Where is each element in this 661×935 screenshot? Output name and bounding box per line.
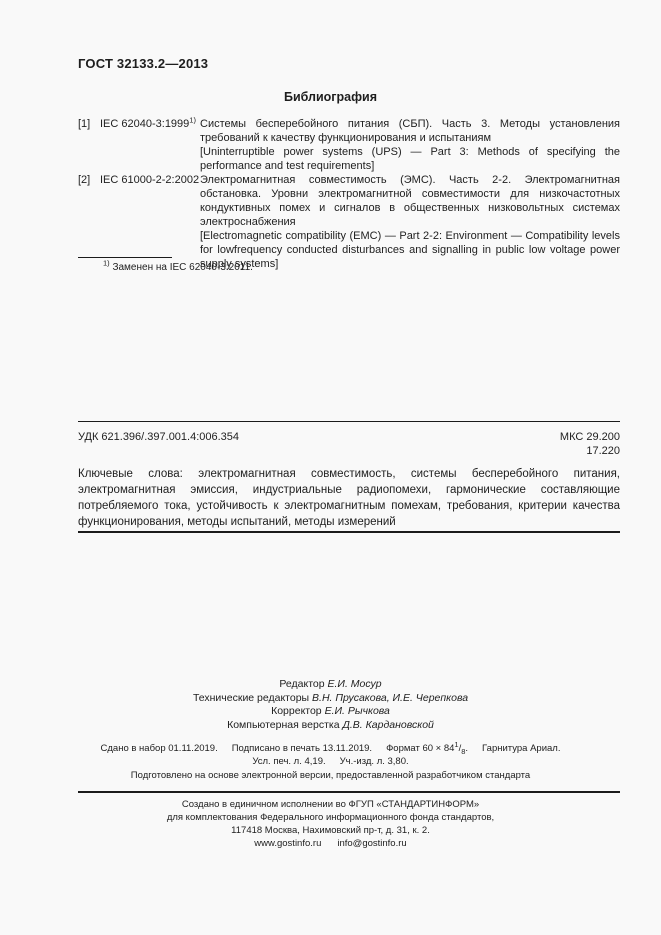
publisher-block: Создано в единичном исполнении во ФГУП «… [0,798,661,850]
bibliography-title: Библиография [0,90,661,104]
prepared-note: Подготовлено на основе электронной верси… [0,770,661,781]
standard-code-text: IEC 62040-3:1999 [100,118,189,130]
staff-line-technical-editors: Технические редакторы В.Н. Прусакова, И.… [0,692,661,706]
mks-code-line1: МКС 29.200 [560,430,620,444]
publisher-divider [78,791,620,793]
classification-divider [78,421,620,422]
format-period: . [465,743,468,754]
publisher-line1: Создано в единичном исполнении во ФГУП «… [0,798,661,811]
publisher-line2: для комплектования Федерального информац… [0,811,661,824]
print-details: Сдано в набор 01.11.2019.Подписано в печ… [0,742,661,768]
document-number: ГОСТ 32133.2—2013 [78,56,208,71]
keywords-divider [78,531,620,533]
staff-role: Корректор [271,705,322,717]
entry-standard-code: IEC 61000-2-2:2002 [100,173,200,187]
staff-line-editor: Редактор Е.И. Мосур [0,678,661,692]
bibliography-entry: [1] IEC 62040-3:19991) Системы бесперебо… [78,117,620,173]
footnote-marker: 1) [189,115,196,124]
format-text: Формат 60 × 84 [386,743,454,754]
publisher-address: 117418 Москва, Нахимовский пр-т, д. 31, … [0,824,661,837]
paper-format: Формат 60 × 841/8. [386,743,468,754]
entry-text-russian: Системы бесперебойного питания (СБП). Ча… [200,117,620,145]
publishing-sheets: Уч.-изд. л. 3,80. [340,756,409,767]
footnote-text: Заменен на IEC 62040-3:2011. [112,262,253,273]
staff-name: В.Н. Прусакова, И.Е. Черепкова [312,692,468,704]
print-details-line1: Сдано в набор 01.11.2019.Подписано в печ… [0,742,661,755]
staff-role: Редактор [279,678,324,690]
footnote: 1) Заменен на IEC 62040-3:2011. [103,262,253,273]
staff-block: Редактор Е.И. Мосур Технические редактор… [0,678,661,732]
entry-description: Системы бесперебойного питания (СБП). Ча… [200,117,620,173]
signed-to-print-date: Подписано в печать 13.11.2019. [232,743,372,754]
publisher-contacts: www.gostinfo.ruinfo@gostinfo.ru [0,837,661,850]
entry-description: Электромагнитная совместимость (ЭМС). Ча… [200,173,620,271]
mks-codes: МКС 29.200 17.220 [560,430,620,458]
udk-code: УДК 621.396/.397.001.4:006.354 [78,430,239,458]
bibliography-list: [1] IEC 62040-3:19991) Системы бесперебо… [78,117,620,271]
entry-text-russian: Электромагнитная совместимость (ЭМС). Ча… [200,173,620,229]
keywords-paragraph: Ключевые слова: электромагнитная совмест… [78,466,620,530]
staff-role: Технические редакторы [193,692,309,704]
staff-name: Е.И. Мосур [328,678,382,690]
publisher-website: www.gostinfo.ru [254,838,321,849]
staff-name: Д.В. Кардановской [342,719,433,731]
staff-role: Компьютерная верстка [227,719,339,731]
typeset-date: Сдано в набор 01.11.2019. [101,743,218,754]
staff-line-proofreader: Корректор Е.И. Рычкова [0,705,661,719]
footnote-rule [78,257,172,258]
document-page: ГОСТ 32133.2—2013 Библиография [1] IEC 6… [0,0,661,935]
classification-row: УДК 621.396/.397.001.4:006.354 МКС 29.20… [78,430,620,458]
conventional-printed-sheets: Усл. печ. л. 4,19. [252,756,325,767]
mks-code-line2: 17.220 [560,444,620,458]
footnote-marker: 1) [103,259,110,268]
entry-text-english: [Electromagnetic compatibility (EMC) — P… [200,229,620,271]
print-details-line2: Усл. печ. л. 4,19.Уч.-изд. л. 3,80. [0,755,661,768]
standard-code-text: IEC 61000-2-2:2002 [100,174,199,186]
typeface-name: Гарнитура Ариал. [482,743,560,754]
staff-line-layout: Компьютерная верстка Д.В. Кардановской [0,719,661,733]
entry-ref-number: [1] [78,117,100,131]
publisher-email: info@gostinfo.ru [337,838,406,849]
entry-text-english: [Uninterruptible power systems (UPS) — P… [200,145,620,173]
entry-standard-code: IEC 62040-3:19991) [100,117,200,131]
entry-ref-number: [2] [78,173,100,187]
staff-name: Е.И. Рычкова [325,705,390,717]
